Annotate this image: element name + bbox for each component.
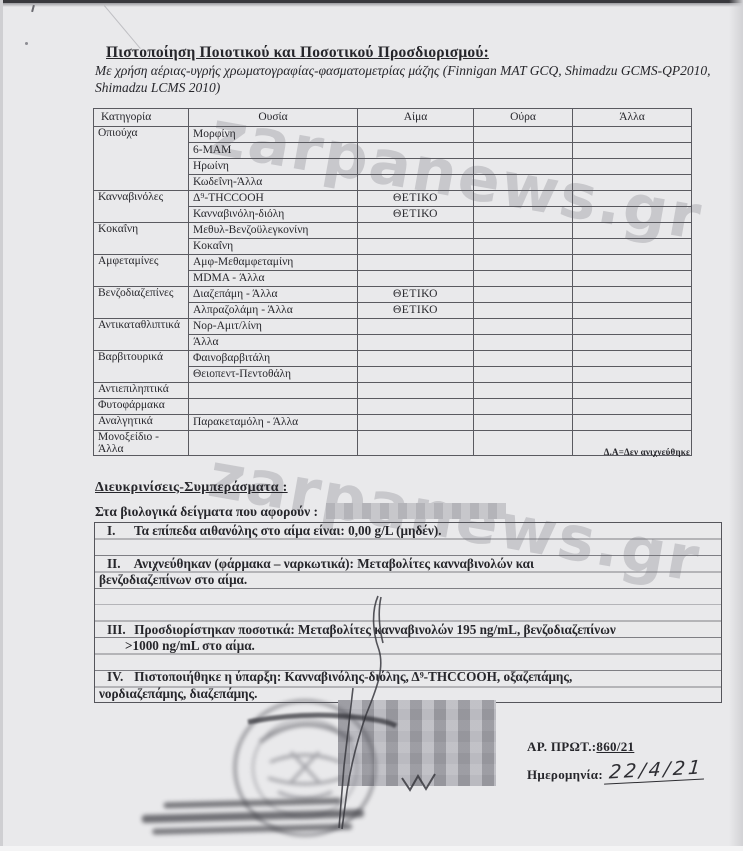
other-result-cell	[573, 191, 692, 207]
urine-result-cell	[474, 303, 573, 319]
table-row: ΑμφεταμίνεςΑμφ-Μεθαμφεταμίνη	[94, 255, 692, 271]
col-header-urine: Ούρα	[474, 109, 573, 127]
other-result-cell	[573, 383, 692, 399]
urine-result-cell	[474, 143, 573, 159]
urine-result-cell	[474, 127, 573, 143]
substance-cell: Άλλα	[189, 335, 358, 351]
scan-left-edge	[0, 0, 3, 851]
urine-result-cell	[474, 367, 573, 383]
category-cell: Αντικαταθλιπτικά	[94, 319, 189, 351]
substance-cell: Μεθυλ-Βενζοϋλεγκονίνη	[189, 223, 358, 239]
substance-cell: Δ⁹-THCCOOH	[189, 191, 358, 207]
date-label: Ημερομηνία:	[527, 767, 603, 782]
scan-speck	[25, 42, 28, 45]
blurred-signature-text	[139, 795, 375, 849]
urine-result-cell	[474, 223, 573, 239]
conclusions-box: I. Τα επίπεδα αιθανόλης στο αίμα είναι: …	[94, 522, 722, 703]
page-title: Πιστοποίηση Ποιοτικού και Ποσοτικού Προσ…	[106, 44, 489, 62]
category-cell: Βενζοδιαζεπίνες	[94, 287, 189, 319]
protocol-label: ΑΡ. ΠΡΩΤ.:	[527, 739, 596, 754]
handwritten-date: 22/4/21	[604, 756, 706, 784]
substance-cell: Διαζεπάμη - Άλλα	[189, 287, 358, 303]
urine-result-cell	[474, 239, 573, 255]
substance-cell: 6-MAM	[189, 143, 358, 159]
conclusions-intro-label: Στα βιολογικά δείγματα που αφορούν :	[95, 504, 318, 519]
substance-cell: Ηρωίνη	[189, 159, 358, 175]
blood-result-cell	[358, 367, 474, 383]
table-footnote: Δ.Α=Δεν ανιχνεύθηκε	[93, 447, 690, 457]
other-result-cell	[573, 303, 692, 319]
table-row: ΑντικαταθλιπτικάΝορ-Αμιτ/λίνη	[94, 319, 692, 335]
urine-result-cell	[474, 159, 573, 175]
other-result-cell	[573, 127, 692, 143]
other-result-cell	[573, 175, 692, 191]
other-result-cell	[573, 223, 692, 239]
other-result-cell	[573, 319, 692, 335]
other-result-cell	[573, 239, 692, 255]
substance-cell: Μορφίνη	[189, 127, 358, 143]
conclusion-line: >1000 ng/mL στο αίμα.	[95, 638, 721, 654]
blood-result-cell: ΘΕΤΙΚΟ	[358, 287, 474, 303]
other-result-cell	[573, 351, 692, 367]
urine-result-cell	[474, 415, 573, 431]
ruled-blank-row	[95, 539, 721, 555]
substance-cell: Αμφ-Μεθαμφεταμίνη	[189, 255, 358, 271]
conclusion-line: I. Τα επίπεδα αιθανόλης στο αίμα είναι: …	[95, 523, 721, 539]
toxicology-results-table: Κατηγορία Ουσία Αίμα Ούρα Άλλα ΟπιούχαΜο…	[93, 108, 692, 456]
table-row: ΟπιούχαΜορφίνη	[94, 127, 692, 143]
scanned-document-page: zarpanews.gr zarpanews.gr Πιστοποίηση Πο…	[0, 0, 743, 851]
table-header-row: Κατηγορία Ουσία Αίμα Ούρα Άλλα	[94, 109, 692, 127]
substance-cell: MDMA - Άλλα	[189, 271, 358, 287]
other-result-cell	[573, 143, 692, 159]
conclusion-line: III. Προσδιορίστηκαν ποσοτικά: Μεταβολίτ…	[95, 622, 721, 638]
table-row: ΒαρβιτουρικάΦαινοβαρβιτάλη	[94, 351, 692, 367]
col-header-blood: Αίμα	[358, 109, 474, 127]
blood-result-cell	[358, 239, 474, 255]
blood-result-cell	[358, 255, 474, 271]
protocol-number-row: ΑΡ. ΠΡΩΤ.:860/21	[527, 739, 634, 755]
other-result-cell	[573, 271, 692, 287]
category-cell: Βαρβιτουρικά	[94, 351, 189, 383]
blood-result-cell	[358, 383, 474, 399]
blood-result-cell	[358, 175, 474, 191]
scan-speck	[31, 5, 35, 12]
other-result-cell	[573, 287, 692, 303]
substance-cell: Νορ-Αμιτ/λίνη	[189, 319, 358, 335]
blood-result-cell: ΘΕΤΙΚΟ	[358, 191, 474, 207]
col-header-other: Άλλα	[573, 109, 692, 127]
conclusion-numeral: II.	[107, 556, 131, 572]
urine-result-cell	[474, 255, 573, 271]
scan-right-edge	[729, 0, 743, 851]
blood-result-cell	[358, 319, 474, 335]
conclusion-numeral: IV.	[107, 669, 131, 685]
substance-cell	[189, 383, 358, 399]
category-cell: Αναλγητικά	[94, 415, 189, 431]
category-cell: Οπιούχα	[94, 127, 189, 191]
blood-result-cell	[358, 351, 474, 367]
date-row: Ημερομηνία:22/4/21	[527, 762, 705, 785]
category-cell: Αντιεπιληπτικά	[94, 383, 189, 399]
urine-result-cell	[474, 207, 573, 223]
blood-result-cell: ΘΕΤΙΚΟ	[358, 303, 474, 319]
other-result-cell	[573, 415, 692, 431]
table-row: ΒενζοδιαζεπίνεςΔιαζεπάμη - ΆλλαΘΕΤΙΚΟ	[94, 287, 692, 303]
category-cell: Κοκαΐνη	[94, 223, 189, 255]
blood-result-cell	[358, 223, 474, 239]
method-subtitle: Με χρήση αέριας-υγρής χρωματογραφίας-φασ…	[95, 63, 713, 97]
blood-result-cell	[358, 143, 474, 159]
ruled-blank-row	[95, 589, 721, 622]
other-result-cell	[573, 207, 692, 223]
other-result-cell	[573, 159, 692, 175]
protocol-number: 860/21	[596, 739, 634, 754]
urine-result-cell	[474, 335, 573, 351]
conclusion-line: βενζοδιαζεπίνων στο αίμα.	[95, 572, 721, 588]
substance-cell: Κωδεΐνη-Άλλα	[189, 175, 358, 191]
blood-result-cell	[358, 159, 474, 175]
urine-result-cell	[474, 191, 573, 207]
substance-cell: Θειοπεντ-Πεντοθάλη	[189, 367, 358, 383]
ruled-blank-row	[95, 655, 721, 670]
substance-cell: Κοκαΐνη	[189, 239, 358, 255]
table-row: Αντιεπιληπτικά	[94, 383, 692, 399]
conclusion-numeral: III.	[107, 622, 131, 638]
col-header-category: Κατηγορία	[94, 109, 189, 127]
table-row: ΑναλγητικάΠαρακεταμόλη - Άλλα	[94, 415, 692, 431]
other-result-cell	[573, 367, 692, 383]
blood-result-cell	[358, 335, 474, 351]
urine-result-cell	[474, 383, 573, 399]
urine-result-cell	[474, 319, 573, 335]
substance-cell	[189, 399, 358, 415]
blood-result-cell	[358, 271, 474, 287]
conclusion-numeral: I.	[107, 523, 131, 539]
blood-result-cell	[358, 415, 474, 431]
conclusion-line: II. Ανιχνεύθηκαν (φάρμακα – ναρκωτικά): …	[95, 556, 721, 572]
urine-result-cell	[474, 175, 573, 191]
substance-cell: Κανναβινόλη-διόλη	[189, 207, 358, 223]
conclusions-heading: Διευκρινίσεις-Συμπεράσματα :	[95, 480, 288, 496]
substance-cell: Παρακεταμόλη - Άλλα	[189, 415, 358, 431]
paper-crease	[104, 0, 190, 49]
urine-result-cell	[474, 287, 573, 303]
urine-result-cell	[474, 399, 573, 415]
category-cell: Αμφεταμίνες	[94, 255, 189, 287]
col-header-substance: Ουσία	[189, 109, 358, 127]
substance-cell: Φαινοβαρβιτάλη	[189, 351, 358, 367]
urine-result-cell	[474, 271, 573, 287]
redacted-name-block	[326, 503, 506, 519]
table-row: Φυτοφάρμακα	[94, 399, 692, 415]
other-result-cell	[573, 335, 692, 351]
blood-result-cell	[358, 127, 474, 143]
blood-result-cell: ΘΕΤΙΚΟ	[358, 207, 474, 223]
category-cell: Κανναβινόλες	[94, 191, 189, 223]
other-result-cell	[573, 255, 692, 271]
category-cell: Φυτοφάρμακα	[94, 399, 189, 415]
other-result-cell	[573, 399, 692, 415]
blood-result-cell	[358, 399, 474, 415]
substance-cell: Αλπραζολάμη - Άλλα	[189, 303, 358, 319]
conclusions-intro: Στα βιολογικά δείγματα που αφορούν :	[95, 503, 506, 520]
table-row: ΚανναβινόλεςΔ⁹-THCCOOHΘΕΤΙΚΟ	[94, 191, 692, 207]
urine-result-cell	[474, 351, 573, 367]
table-row: ΚοκαΐνηΜεθυλ-Βενζοϋλεγκονίνη	[94, 223, 692, 239]
conclusion-line: IV. Πιστοποιήθηκε η ύπαρξη: Κανναβινόλης…	[95, 669, 721, 685]
